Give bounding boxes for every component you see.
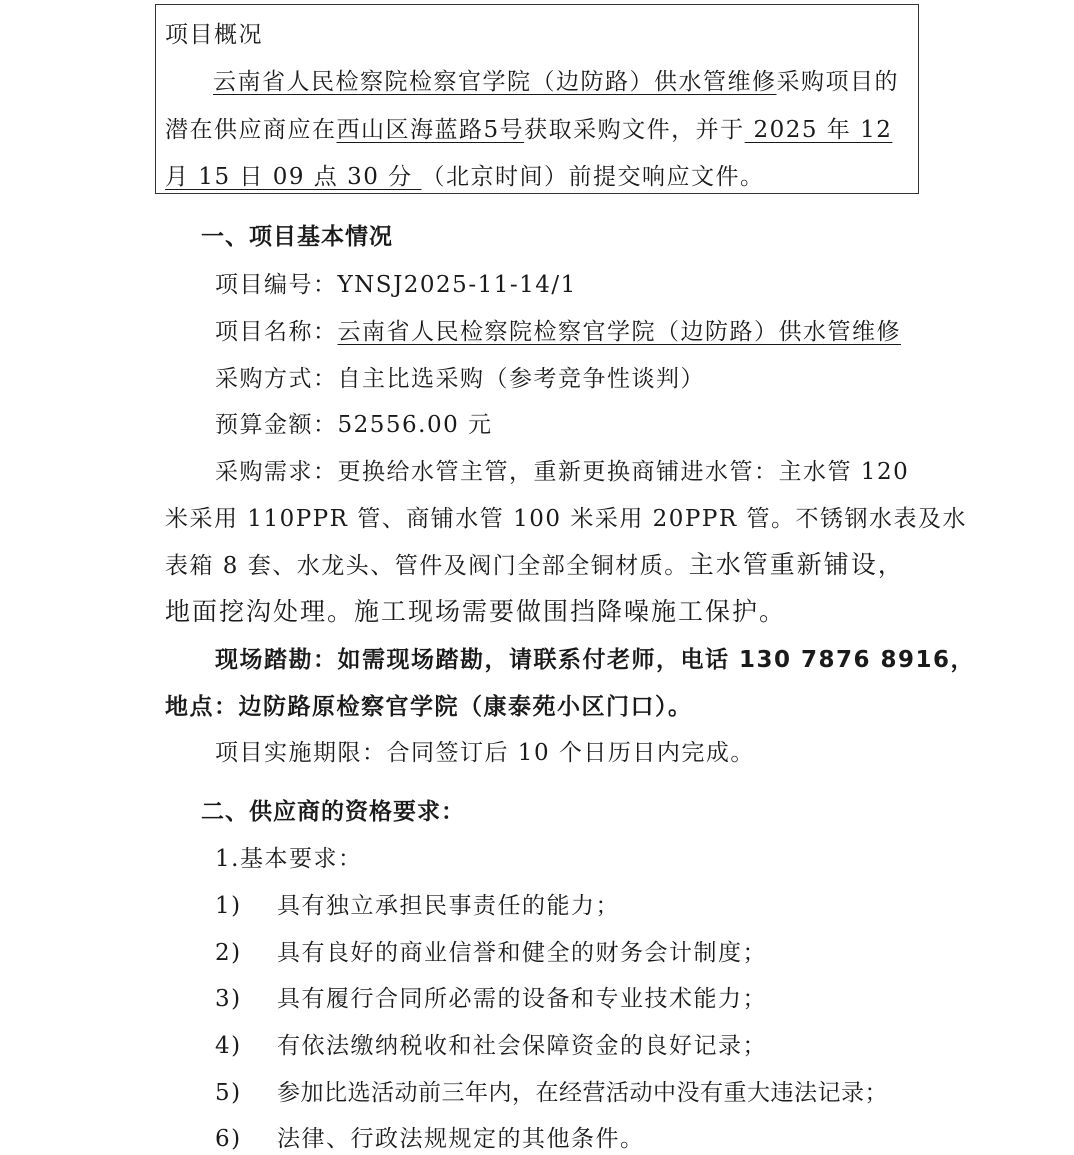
procurement-method-label: 采购方式： — [215, 366, 338, 392]
project-name-value: 云南省人民检察院检察官学院（边防路）供水管维修 — [338, 319, 902, 345]
overview-line-3: 月 15 日 09 点 30 分 （北京时间）前提交响应文件。 — [165, 162, 764, 192]
overview-line-1: 云南省人民检察院检察官学院（边防路）供水管维修采购项目的 — [213, 67, 899, 97]
requirement-item: 5)参加比选活动前三年内，在经营活动中没有重大违法记录； — [215, 1078, 888, 1108]
item-text: 具有履行合同所必需的设备和专业技术能力； — [277, 986, 767, 1012]
item-number: 2) — [215, 938, 277, 968]
project-number: 项目编号：YNSJ2025-11-14/1 — [215, 270, 577, 300]
requirement-item: 6)法律、行政法规规定的其他条件。 — [215, 1124, 645, 1154]
overview-text: 潜在供应商应在 — [165, 117, 337, 143]
requirement-item: 1)具有独立承担民事责任的能力； — [215, 891, 620, 921]
overview-title: 项目概况 — [165, 20, 263, 50]
budget: 预算金额：52556.00 元 — [215, 410, 493, 440]
requirement-item: 3)具有履行合同所必需的设备和专业技术能力； — [215, 984, 767, 1014]
item-number: 3) — [215, 984, 277, 1014]
item-number: 1) — [215, 891, 277, 921]
implementation-period: 项目实施期限：合同签订后 10 个日历日内完成。 — [215, 738, 755, 768]
project-number-value: YNSJ2025-11-14/1 — [338, 272, 577, 298]
overview-line-2: 潜在供应商应在西山区海蓝路5号获取采购文件，并于 2025 年 12 — [165, 115, 892, 145]
overview-address: 西山区海蓝路5号 — [337, 117, 525, 143]
project-name: 项目名称：云南省人民检察院检察官学院（边防路）供水管维修 — [215, 317, 901, 347]
item-text: 参加比选活动前三年内，在经营活动中没有重大违法记录； — [277, 1080, 888, 1106]
demand-line-1: 采购需求：更换给水管主管，重新更换商铺进水管：主水管 120 — [215, 457, 909, 487]
demand-line-2: 米采用 110PPR 管、商铺水管 100 米采用 20PPR 管。不锈钢水表及… — [165, 504, 967, 534]
overview-text: （北京时间）前提交响应文件。 — [421, 164, 764, 190]
overview-deadline: 月 15 日 09 点 30 分 — [165, 164, 421, 190]
item-text: 法律、行政法规规定的其他条件。 — [277, 1126, 645, 1152]
item-text: 具有良好的商业信誉和健全的财务会计制度； — [277, 940, 767, 966]
site-visit-line-2: 地点：边防路原检察官学院（康泰苑小区门口）。 — [165, 692, 693, 722]
item-number: 4) — [215, 1031, 277, 1061]
demand-line-4: 地面挖沟处理。施工现场需要做围挡降噪施工保护。 — [165, 597, 786, 627]
item-number: 6) — [215, 1124, 277, 1154]
section-2-heading: 二、供应商的资格要求： — [201, 797, 465, 827]
procurement-method: 采购方式：自主比选采购（参考竞争性谈判） — [215, 364, 705, 394]
project-number-label: 项目编号： — [215, 272, 338, 298]
site-visit-line-1: 现场踏勘：如需现场踏勘，请联系付老师，电话 130 7876 8916， — [215, 645, 975, 675]
item-text: 具有独立承担民事责任的能力； — [277, 893, 620, 919]
overview-deadline: 2025 年 12 — [745, 117, 893, 143]
demand-text: 表箱 8 套、水龙头、管件及阀门全部全铜材质。 — [165, 553, 689, 579]
item-text: 有依法缴纳税收和社会保障资金的良好记录； — [277, 1033, 767, 1059]
requirement-item: 4)有依法缴纳税收和社会保障资金的良好记录； — [215, 1031, 767, 1061]
section-1-heading: 一、项目基本情况 — [201, 222, 393, 252]
overview-text: 采购项目的 — [777, 69, 900, 95]
procurement-method-value: 自主比选采购（参考竞争性谈判） — [338, 366, 706, 392]
demand-text: 主水管重新铺设， — [689, 550, 905, 579]
overview-project-name: 云南省人民检察院检察官学院（边防路）供水管维修 — [213, 69, 777, 95]
demand-line-3: 表箱 8 套、水龙头、管件及阀门全部全铜材质。主水管重新铺设， — [165, 550, 905, 581]
budget-label: 预算金额： — [215, 412, 338, 438]
budget-value: 52556.00 元 — [338, 412, 493, 438]
item-number: 5) — [215, 1078, 277, 1108]
overview-text: 获取采购文件，并于 — [524, 117, 745, 143]
document-page: 项目概况 云南省人民检察院检察官学院（边防路）供水管维修采购项目的 潜在供应商应… — [0, 0, 1074, 1155]
requirement-item: 2)具有良好的商业信誉和健全的财务会计制度； — [215, 938, 767, 968]
basic-requirements-heading: 1.基本要求： — [215, 844, 362, 874]
project-name-label: 项目名称： — [215, 319, 338, 345]
